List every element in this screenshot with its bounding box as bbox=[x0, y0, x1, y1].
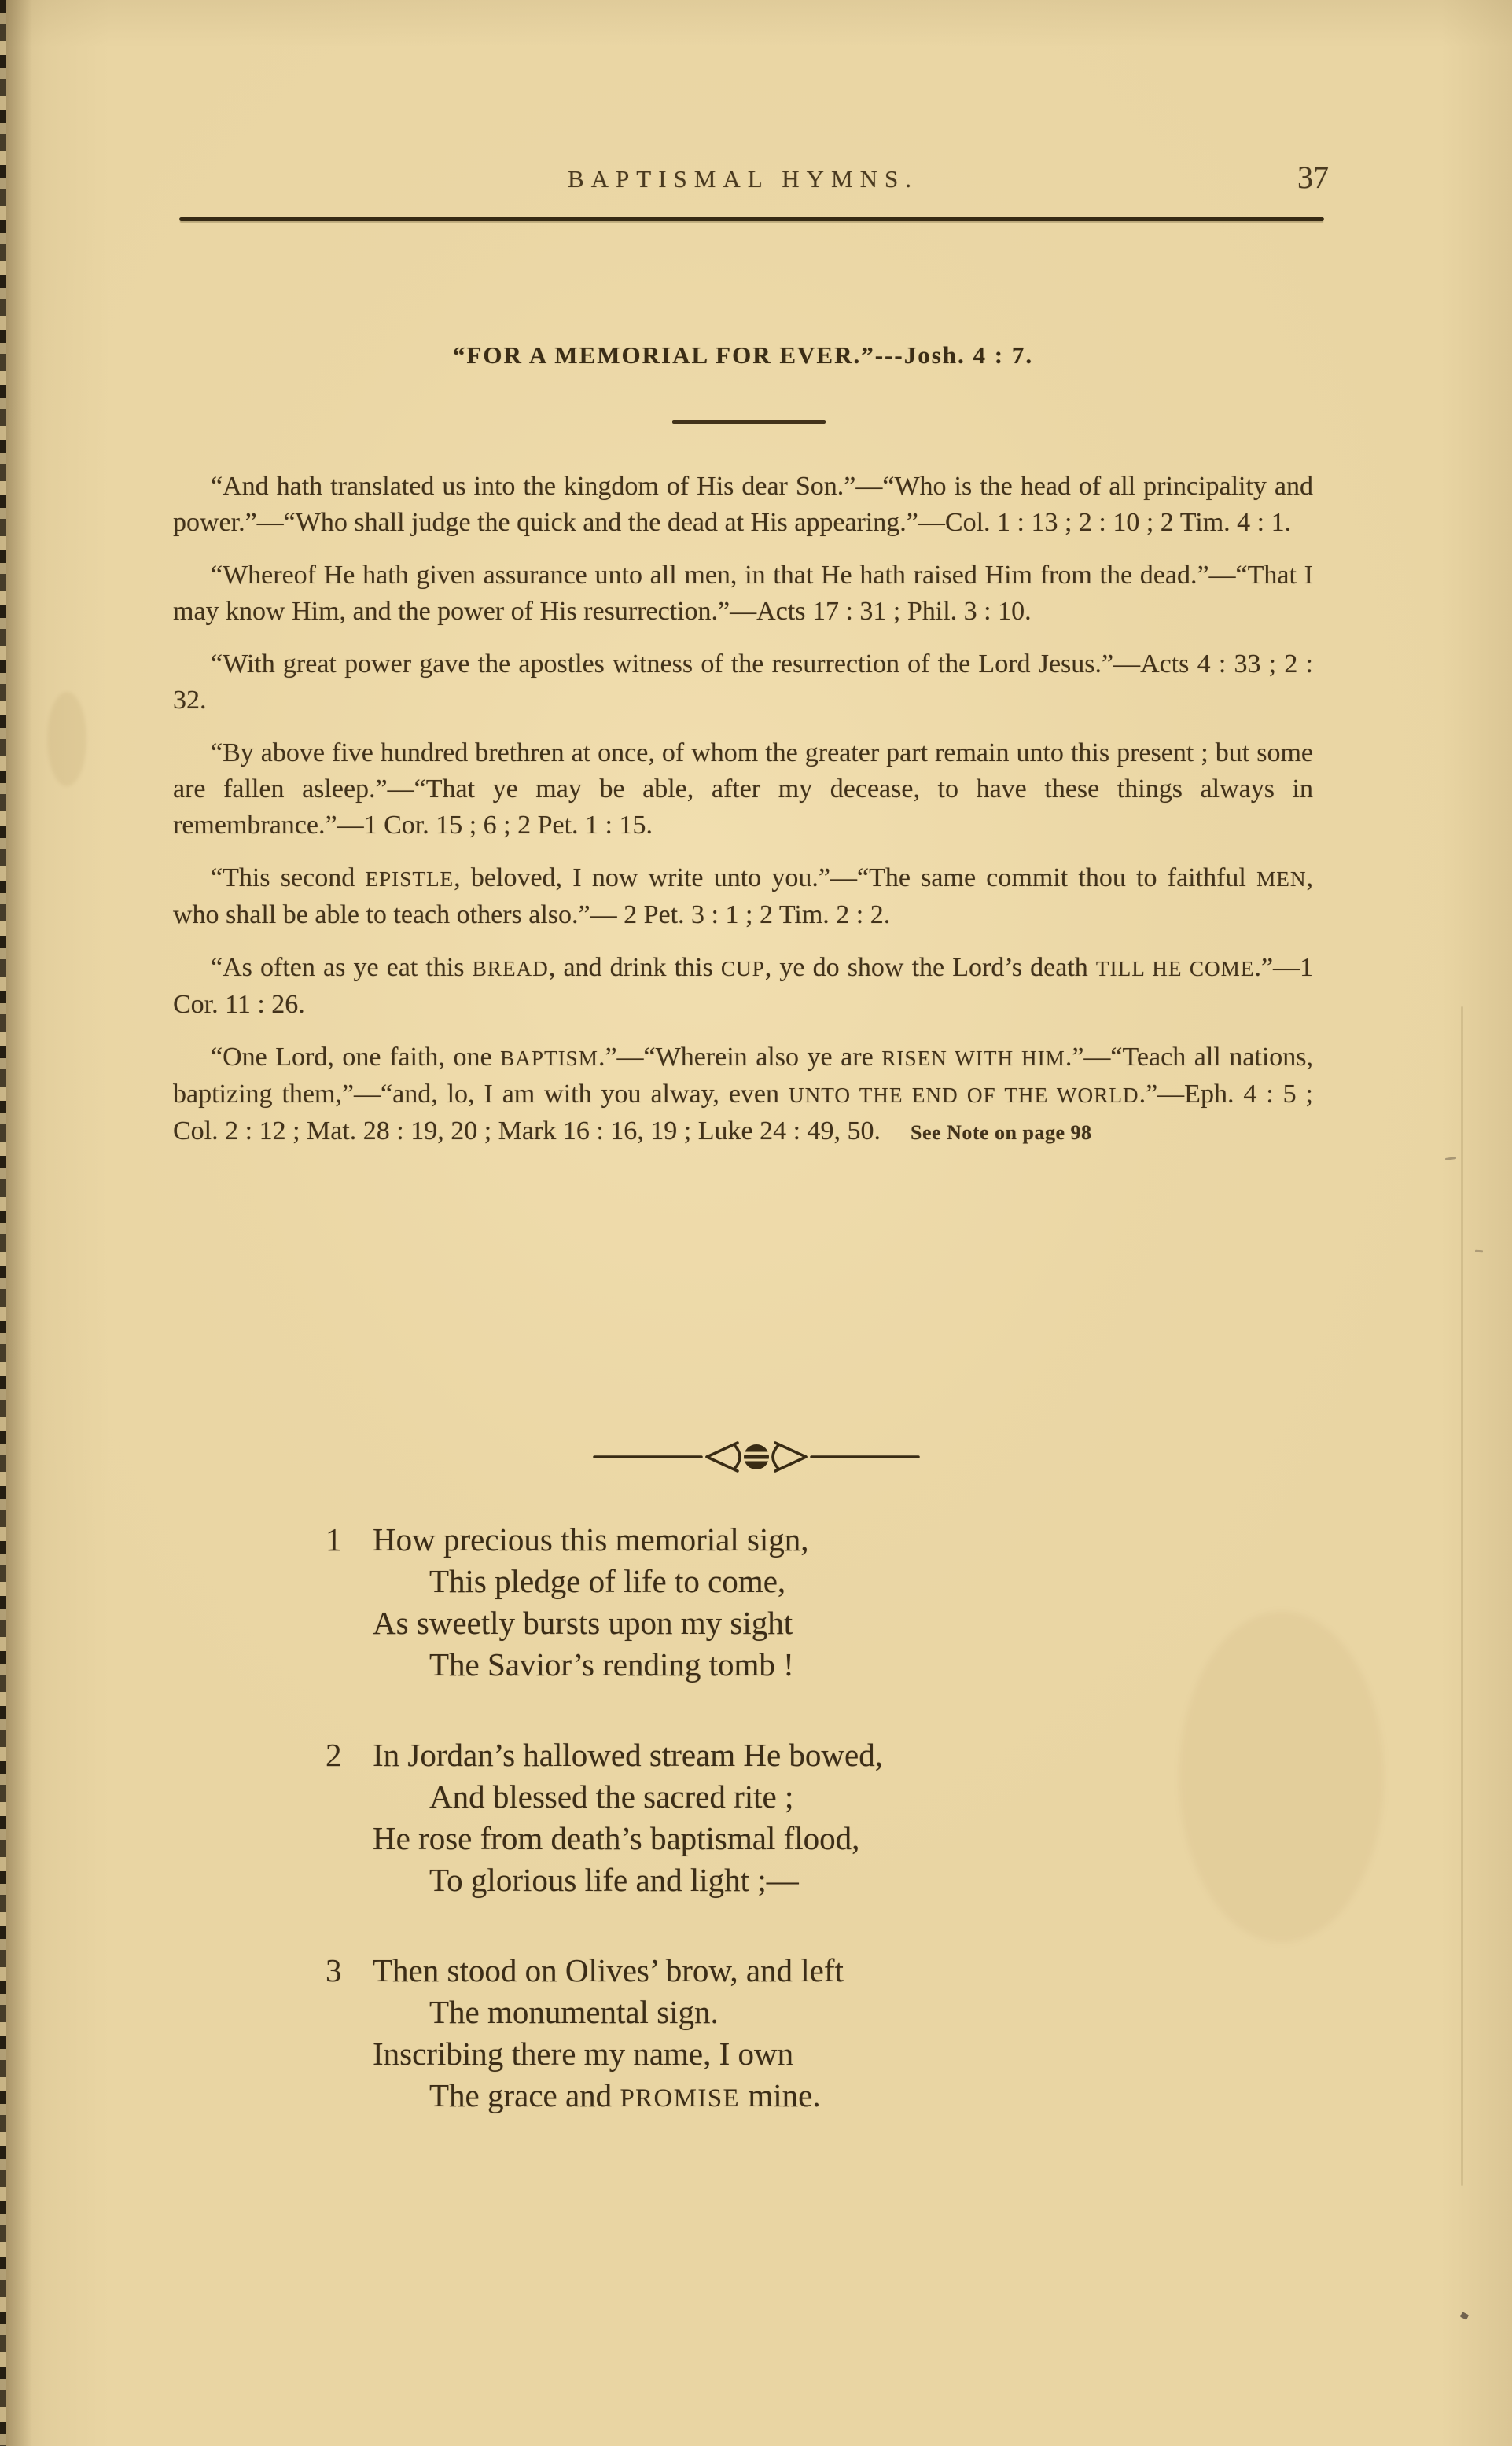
ink-speck bbox=[1445, 1157, 1456, 1160]
text-run: He rose from death’s baptismal flood, bbox=[373, 1820, 859, 1856]
page-number: 37 bbox=[1297, 159, 1329, 196]
see-note: See Note on page 98 bbox=[911, 1121, 1091, 1144]
verse-line: Inscribing there my name, I own bbox=[373, 2033, 1253, 2075]
text-run: The monumental sign. bbox=[429, 1994, 719, 2030]
text-run: “Whereof He hath given assurance unto al… bbox=[173, 561, 1313, 626]
small-caps-run: MEN bbox=[1256, 867, 1306, 891]
ink-speck bbox=[1475, 1250, 1483, 1253]
section-title: “FOR A MEMORIAL FOR EVER.”---Josh. 4 : 7… bbox=[173, 341, 1313, 370]
text-run: “By above five hundred brethren at once,… bbox=[173, 738, 1313, 840]
text-run: As sweetly bursts upon my sight bbox=[373, 1605, 793, 1641]
hymn-verses: 1How precious this memorial sign,This pl… bbox=[326, 1519, 1253, 2168]
scripture-quotations: “And hath translated us into the kingdom… bbox=[173, 469, 1313, 1168]
binding-edge bbox=[0, 0, 6, 2446]
verse-line: As sweetly bursts upon my sight bbox=[373, 1602, 1253, 1644]
text-run: How precious this memorial sign, bbox=[373, 1521, 809, 1558]
text-run: To glorious life and light ;— bbox=[429, 1862, 799, 1898]
text-run: “And hath translated us into the kingdom… bbox=[173, 472, 1313, 537]
header-rule bbox=[179, 217, 1324, 221]
text-run: Inscribing there my name, I own bbox=[373, 2036, 793, 2072]
text-run: The Savior’s rending tomb ! bbox=[429, 1646, 794, 1683]
text-run: The grace and bbox=[429, 2077, 620, 2113]
verse-line: He rose from death’s baptismal flood, bbox=[373, 1818, 1253, 1859]
verse-line: In Jordan’s hallowed stream He bowed, bbox=[373, 1734, 1253, 1776]
text-run: “As often as ye eat this bbox=[211, 953, 473, 982]
hymn-verse: 3Then stood on Olives’ brow, and leftThe… bbox=[326, 1950, 1253, 2120]
verse-line: How precious this memorial sign, bbox=[373, 1519, 1253, 1561]
ink-speck bbox=[1460, 2312, 1469, 2319]
running-header-title: BAPTISMAL HYMNS. bbox=[173, 165, 1313, 193]
verse-number: 3 bbox=[326, 1950, 342, 1992]
hymn-verse: 1How precious this memorial sign,This pl… bbox=[326, 1519, 1253, 1686]
verse-lines: How precious this memorial sign,This ple… bbox=[373, 1519, 1253, 1686]
scripture-paragraph: “Whereof He hath given assurance unto al… bbox=[173, 557, 1313, 630]
small-caps-run: UNTO THE END OF THE WORLD bbox=[789, 1083, 1139, 1107]
verse-lines: Then stood on Olives’ brow, and leftThe … bbox=[373, 1950, 1253, 2120]
scripture-paragraph: “As often as ye eat this BREAD, and drin… bbox=[173, 950, 1313, 1023]
verse-line: This pledge of life to come, bbox=[429, 1561, 1253, 1602]
verse-line: And blessed the sacred rite ; bbox=[429, 1776, 1253, 1818]
verse-number: 1 bbox=[326, 1519, 342, 1561]
small-caps-run: RISEN WITH HIM bbox=[881, 1046, 1065, 1070]
running-header: BAPTISMAL HYMNS. 37 bbox=[173, 165, 1313, 203]
small-caps-run: BREAD bbox=[473, 957, 549, 980]
paper-stain bbox=[47, 692, 86, 786]
scripture-paragraph: “And hath translated us into the kingdom… bbox=[173, 469, 1313, 541]
text-run: This pledge of life to come, bbox=[429, 1563, 785, 1599]
verse-line: To glorious life and light ;— bbox=[429, 1859, 1253, 1901]
scripture-paragraph: “This second EPISTLE, beloved, I now wri… bbox=[173, 860, 1313, 933]
text-run: “One Lord, one faith, one bbox=[211, 1043, 500, 1072]
text-run: .”—“Wherein also ye are bbox=[598, 1043, 881, 1072]
text-run: , and drink this bbox=[549, 953, 721, 982]
scripture-paragraph: “By above five hundred brethren at once,… bbox=[173, 735, 1313, 844]
text-run: In Jordan’s hallowed stream He bowed, bbox=[373, 1737, 883, 1773]
paper-stain bbox=[1179, 1612, 1384, 1942]
small-caps-run: PROMISE bbox=[620, 2084, 740, 2113]
verse-number: 2 bbox=[326, 1734, 342, 1776]
text-run: “This second bbox=[211, 863, 365, 892]
text-run: , beloved, I now write unto you.”—“The s… bbox=[454, 863, 1256, 892]
text-run: And blessed the sacred rite ; bbox=[429, 1778, 793, 1815]
page-edge-shading bbox=[1461, 1006, 1463, 2186]
verse-line: The grace and PROMISE mine. bbox=[429, 2075, 1253, 2120]
small-caps-run: CUP bbox=[721, 957, 765, 980]
verse-lines: In Jordan’s hallowed stream He bowed,And… bbox=[373, 1734, 1253, 1901]
small-caps-run: EPISTLE bbox=[365, 867, 454, 891]
binding-shadow bbox=[6, 0, 32, 2446]
small-caps-run: BAPTISM bbox=[500, 1046, 598, 1070]
scripture-paragraph: “One Lord, one faith, one BAPTISM.”—“Whe… bbox=[173, 1039, 1313, 1151]
verse-line: Then stood on Olives’ brow, and left bbox=[373, 1950, 1253, 1992]
scripture-paragraph: “With great power gave the apostles witn… bbox=[173, 646, 1313, 719]
hymn-verse: 2In Jordan’s hallowed stream He bowed,An… bbox=[326, 1734, 1253, 1901]
text-run: , ye do show the Lord’s death bbox=[765, 953, 1096, 982]
text-run: mine. bbox=[740, 2077, 820, 2113]
section-divider-ornament-icon bbox=[591, 1433, 922, 1480]
text-run: Then stood on Olives’ brow, and left bbox=[373, 1952, 844, 1988]
verse-line: The Savior’s rending tomb ! bbox=[429, 1644, 1253, 1686]
title-divider-rule bbox=[672, 420, 826, 424]
verse-line: The monumental sign. bbox=[429, 1992, 1253, 2033]
small-caps-run: TILL HE COME bbox=[1096, 957, 1255, 980]
text-run: “With great power gave the apostles witn… bbox=[173, 649, 1313, 715]
book-page: BAPTISMAL HYMNS. 37 “FOR A MEMORIAL FOR … bbox=[0, 0, 1512, 2446]
